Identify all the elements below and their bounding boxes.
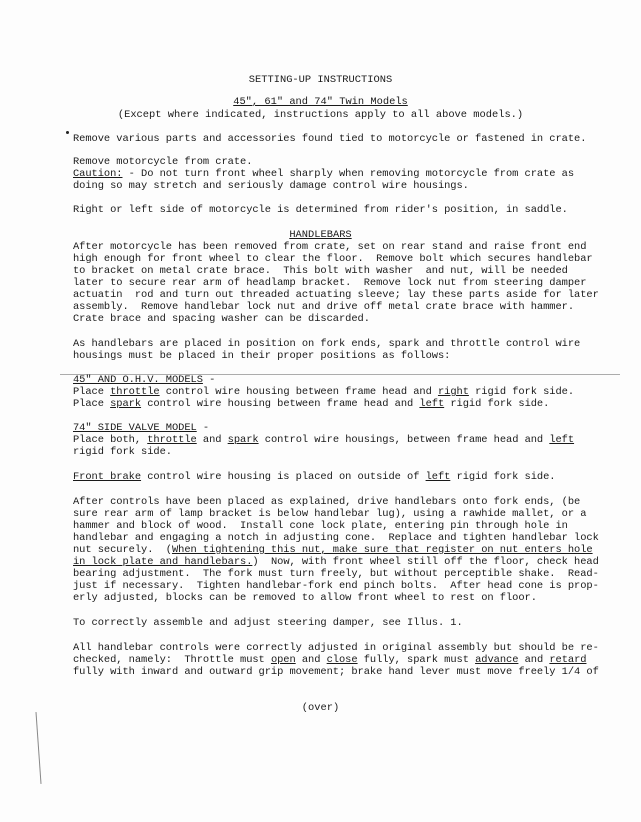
text-span: rigid fork side.: [469, 386, 574, 398]
caution-line: Caution: - Do not turn front wheel sharp…: [73, 168, 574, 180]
text-line: to bracket on metal crate brace. This bo…: [73, 265, 568, 277]
text-line: rigid fork side.: [73, 446, 172, 458]
text-line: later to secure rear arm of headlamp bra…: [73, 277, 586, 289]
document-page: SETTING-UP INSTRUCTIONS 45", 61" and 74"…: [0, 0, 641, 822]
text-span: control wire housings, between frame hea…: [259, 434, 550, 446]
text-span: -: [197, 422, 209, 434]
text-span: fully, spark must: [358, 654, 476, 666]
text-line: All handlebar controls were correctly ad…: [73, 642, 599, 654]
subheading-45-ohv: 45" AND O.H.V. MODELS -: [73, 374, 215, 386]
text-line: high enough for front wheel to clear the…: [73, 253, 593, 265]
text-line: nut securely. (When tightening this nut,…: [73, 544, 593, 556]
text-line: in lock plate and handlebars.) Now, with…: [73, 556, 599, 568]
text-line: Right or left side of motorcycle is dete…: [73, 204, 568, 216]
emphasis: open: [271, 654, 296, 666]
document-subtitle: 45", 61" and 74" Twin Models: [0, 96, 641, 108]
text-line: After motorcycle has been removed from c…: [73, 241, 586, 253]
text-line: Place both, throttle and spark control w…: [73, 434, 574, 446]
text-line: Remove various parts and accessories fou…: [73, 133, 586, 145]
text-span: control wire housing is placed on outsid…: [141, 471, 426, 483]
subheading-74-side-valve: 74" SIDE VALVE MODEL -: [73, 422, 209, 434]
document-note: (Except where indicated, instructions ap…: [0, 109, 641, 121]
emphasis: right: [438, 386, 469, 398]
text-span: rigid fork side.: [450, 471, 555, 483]
emphasis: left: [549, 434, 574, 446]
text-span: ) Now, with front wheel still off the fl…: [252, 556, 598, 568]
text-line: just if necessary. Tighten handlebar-for…: [73, 580, 599, 592]
emphasis: throttle: [110, 386, 159, 398]
text-span: control wire housing between frame head …: [141, 398, 419, 410]
text-line: To correctly assemble and adjust steerin…: [73, 617, 463, 629]
emphasis: retard: [549, 654, 586, 666]
emphasis: left: [426, 471, 451, 483]
text-line: checked, namely: Throttle must open and …: [73, 654, 586, 666]
text-line: handlebar and engaging a notch in adjust…: [73, 532, 599, 544]
section-heading-handlebars: HANDLEBARS: [0, 229, 641, 241]
emphasis: throttle: [147, 434, 196, 446]
text-line: erly adjusted, blocks can be removed to …: [73, 592, 537, 604]
text-line: Crate brace and spacing washer can be di…: [73, 313, 370, 325]
text-line: As handlebars are placed in position on …: [73, 338, 580, 350]
text-span: control wire housing between frame head …: [160, 386, 438, 398]
caution-label: Caution:: [73, 168, 122, 180]
emphasis: Front brake: [73, 471, 141, 483]
text-line: housings must be placed in their proper …: [73, 350, 450, 362]
subheading-text: 74" SIDE VALVE MODEL: [73, 422, 197, 434]
stray-mark: [66, 131, 69, 134]
text-span: and: [197, 434, 228, 446]
text-span: Place: [73, 398, 110, 410]
emphasis: in lock plate and handlebars.: [73, 556, 252, 568]
text-line: doing so may stretch and seriously damag…: [73, 180, 469, 192]
text-span: and: [518, 654, 549, 666]
text-span: Place: [73, 386, 110, 398]
page-footer-over: (over): [0, 702, 641, 714]
emphasis: close: [327, 654, 358, 666]
text-span: - Do not turn front wheel sharply when r…: [122, 168, 574, 180]
emphasis: advance: [475, 654, 518, 666]
text-span: nut securely. (: [73, 544, 172, 556]
text-line: sure rear arm of lamp bracket is below h…: [73, 508, 586, 520]
document-title: SETTING-UP INSTRUCTIONS: [0, 74, 641, 86]
text-line: Place spark control wire housing between…: [73, 398, 549, 410]
text-span: -: [203, 374, 215, 386]
text-line: Front brake control wire housing is plac…: [73, 471, 555, 483]
text-span: checked, namely: Throttle must: [73, 654, 271, 666]
text-line: fully with inward and outward grip movem…: [73, 666, 599, 678]
text-line: Place throttle control wire housing betw…: [73, 386, 574, 398]
emphasis: left: [419, 398, 444, 410]
text-line: Remove motorcycle from crate.: [73, 156, 252, 168]
subheading-text: 45" AND O.H.V. MODELS: [73, 374, 203, 386]
text-span: Place both,: [73, 434, 147, 446]
text-line: actuatin rod and turn out threaded actua…: [73, 289, 599, 301]
margin-mark: [35, 712, 41, 784]
emphasis: When tightening this nut, make sure that…: [172, 544, 593, 556]
text-line: hammer and block of wood. Install cone l…: [73, 520, 568, 532]
emphasis: spark: [110, 398, 141, 410]
text-span: and: [296, 654, 327, 666]
text-line: bearing adjustment. The fork must turn f…: [73, 568, 599, 580]
emphasis: spark: [228, 434, 259, 446]
text-span: rigid fork side.: [444, 398, 549, 410]
text-line: assembly. Remove handlebar lock nut and …: [73, 301, 574, 313]
text-line: After controls have been placed as expla…: [73, 496, 580, 508]
